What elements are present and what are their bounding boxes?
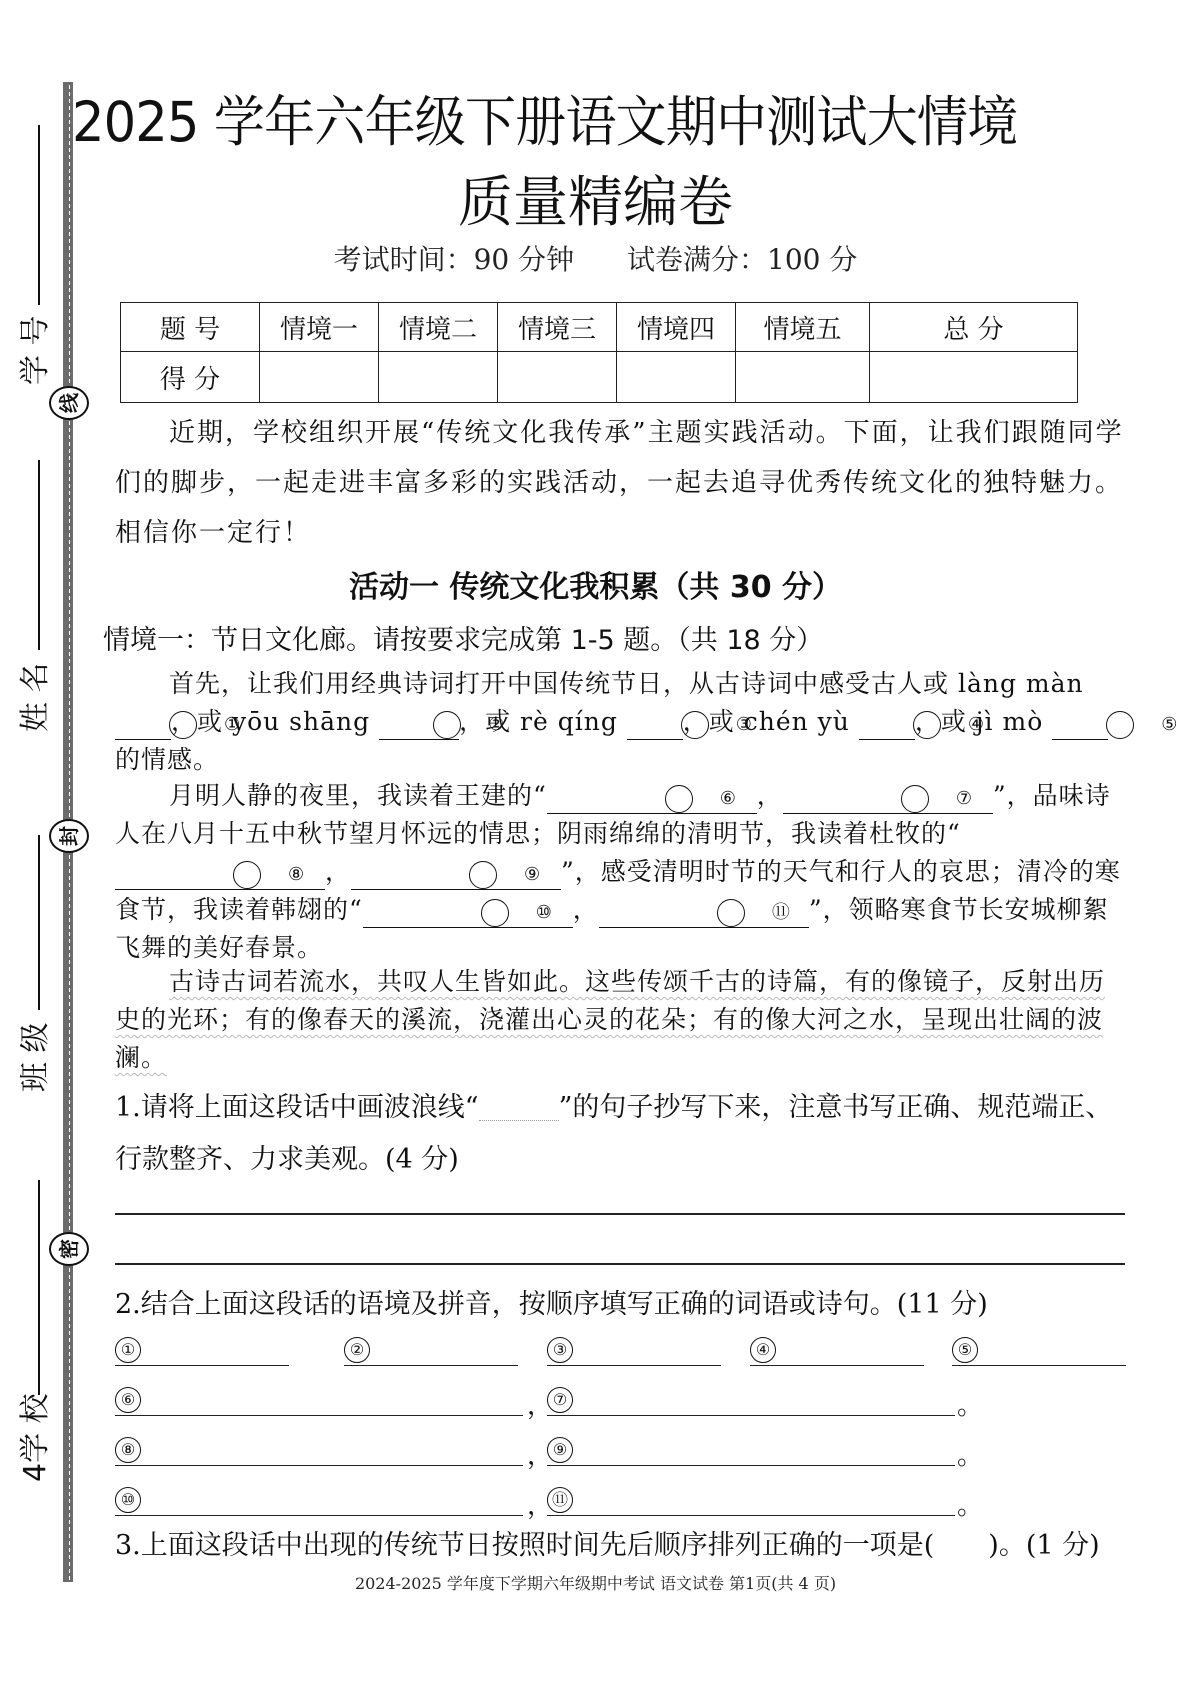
question-2: 2.结合上面这段话的语境及拼音，按顺序填写正确的词语或诗句。(11 分) xyxy=(115,1279,1135,1331)
th-situation-1: 情境一 xyxy=(260,303,379,352)
seal-xian: 线 xyxy=(49,386,89,420)
school-label: 4学 校 xyxy=(10,1442,54,1482)
wavy-underlined-sentence: 古诗古词若流水，共叹人生皆如此。这些传颂千古的诗篇，有的像镜子，反射出历史的光环… xyxy=(115,967,1105,1072)
class-label: 班 级 xyxy=(10,1052,54,1092)
score-cell-1[interactable] xyxy=(260,352,379,403)
th-total: 总 分 xyxy=(870,303,1078,352)
answer-line-2[interactable] xyxy=(115,1263,1125,1265)
school-line[interactable] xyxy=(38,1180,40,1395)
score-cell-3[interactable] xyxy=(498,352,617,403)
th-situation-5: 情境五 xyxy=(736,303,870,352)
question-3: 3.上面这段话中出现的传统节日按照时间先后顺序排列正确的一项是( )。(1 分) xyxy=(115,1520,1135,1572)
page-title: 2025 学年六年级下册语文期中测试大情境 xyxy=(72,78,1058,157)
fill-1[interactable]: ① xyxy=(115,1331,289,1366)
blank-9[interactable]: ⑨ xyxy=(351,857,561,890)
full-score: 试卷满分：100 分 xyxy=(627,243,857,276)
blank-5[interactable]: ⑤ xyxy=(1052,707,1108,740)
seal-feng: 封 xyxy=(49,819,89,853)
fill-7[interactable]: ⑦ xyxy=(547,1381,955,1416)
fill-4[interactable]: ④ xyxy=(750,1331,924,1366)
fill-row-3: ⑧ ， ⑨ 。 xyxy=(115,1430,1135,1466)
fill-row-1: ① ② ③ ④ ⑤ xyxy=(115,1330,1135,1366)
fill-row-4: ⑩ ， ⑪ 。 xyxy=(115,1480,1135,1516)
score-cell-5[interactable] xyxy=(736,352,870,403)
passage-paragraph-3: 古诗古词若流水，共叹人生皆如此。这些传颂千古的诗篇，有的像镜子，反射出历史的光环… xyxy=(115,963,1125,1077)
wavy-line-sample-icon xyxy=(479,1096,559,1121)
th-situation-2: 情境二 xyxy=(379,303,498,352)
blank-4[interactable]: ④ xyxy=(859,707,915,740)
seal-mi: 密 xyxy=(49,1232,89,1266)
blank-3[interactable]: ③ xyxy=(627,707,683,740)
page-footer: 2024-2025 学年度下学期六年级期中考试 语文试卷 第1页(共 4 页) xyxy=(0,1571,1191,1594)
name-label: 姓 名 xyxy=(10,692,54,732)
score-row-label: 得 分 xyxy=(121,352,260,403)
blank-10[interactable]: ⑩ xyxy=(363,895,573,928)
answer-line-1[interactable] xyxy=(115,1213,1125,1215)
passage-paragraph-1: 首先，让我们用经典诗词打开中国传统节日，从古诗词中感受古人或 làng màn … xyxy=(115,665,1125,779)
blank-7[interactable]: ⑦ xyxy=(783,781,993,814)
score-table-header: 题 号 情境一 情境二 情境三 情境四 情境五 总 分 xyxy=(121,303,1078,352)
fill-9[interactable]: ⑨ xyxy=(547,1431,955,1466)
score-table: 题 号 情境一 情境二 情境三 情境四 情境五 总 分 得 分 xyxy=(120,302,1078,403)
score-cell-total[interactable] xyxy=(870,352,1078,403)
blank-6[interactable]: ⑥ xyxy=(547,781,757,814)
name-line[interactable] xyxy=(38,460,40,650)
question-1: 1.请将上面这段话中画波浪线“”的句子抄写下来，注意书写正确、规范端正、行款整齐… xyxy=(115,1082,1135,1186)
intro-paragraph: 近期，学校组织开展“传统文化我传承”主题实践活动。下面，让我们跟随同学们的脚步，… xyxy=(115,408,1125,558)
exam-time: 考试时间：90 分钟 xyxy=(334,243,575,276)
th-item-no: 题 号 xyxy=(121,303,260,352)
activity-heading: 活动一 传统文化我积累（共 30 分） xyxy=(0,562,1191,606)
fill-2[interactable]: ② xyxy=(344,1331,518,1366)
exam-info: 考试时间：90 分钟 试卷满分：100 分 xyxy=(0,238,1191,278)
class-line[interactable] xyxy=(38,835,40,1010)
score-cell-2[interactable] xyxy=(379,352,498,403)
th-situation-4: 情境四 xyxy=(617,303,736,352)
fill-6[interactable]: ⑥ xyxy=(115,1381,523,1416)
fill-10[interactable]: ⑩ xyxy=(115,1481,523,1516)
blank-2[interactable]: ② xyxy=(379,707,459,740)
passage-paragraph-2: 月明人静的夜里，我读着王建的“⑥，⑦”，品味诗人在八月十五中秋节望月怀远的情思；… xyxy=(115,777,1125,967)
blank-1[interactable]: ① xyxy=(115,707,171,740)
fill-8[interactable]: ⑧ xyxy=(115,1431,523,1466)
situation-heading: 情境一：节日文化廊。请按要求完成第 1-5 题。（共 18 分） xyxy=(103,618,823,657)
student-id-label: 学 号 xyxy=(10,345,54,385)
th-situation-3: 情境三 xyxy=(498,303,617,352)
blank-8[interactable]: ⑧ xyxy=(115,857,325,890)
fill-5[interactable]: ⑤ xyxy=(952,1331,1126,1366)
fill-3[interactable]: ③ xyxy=(547,1331,721,1366)
fill-row-2: ⑥ ， ⑦ 。 xyxy=(115,1380,1135,1416)
score-cell-4[interactable] xyxy=(617,352,736,403)
score-table-row: 得 分 xyxy=(121,352,1078,403)
blank-11[interactable]: ⑪ xyxy=(599,895,809,928)
fill-11[interactable]: ⑪ xyxy=(547,1481,955,1516)
page-subtitle: 质量精编卷 xyxy=(0,158,1191,237)
